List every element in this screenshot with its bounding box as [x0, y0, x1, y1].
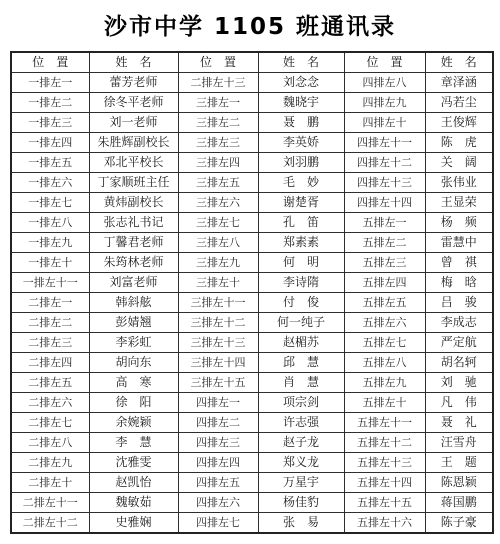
- position-cell: 一排左一: [11, 73, 89, 93]
- name-cell: 肖 慧: [258, 373, 344, 393]
- name-cell: 雷慧中: [425, 233, 493, 253]
- name-cell: 曾 祺: [425, 253, 493, 273]
- position-cell: 一排左四: [11, 133, 89, 153]
- position-cell: 五排左十: [344, 393, 425, 413]
- position-cell: 二排左八: [11, 433, 89, 453]
- position-cell: 四排左十一: [344, 133, 425, 153]
- name-cell: 郑素素: [258, 233, 344, 253]
- table-row: 二排左三李彩虹三排左十三赵楣苏五排左七严定航: [11, 333, 493, 353]
- name-cell: 吕 骏: [425, 293, 493, 313]
- position-cell: 二排左六: [11, 393, 89, 413]
- name-cell: 刘念念: [258, 73, 344, 93]
- table-row: 一排左九丁馨君老师三排左八郑素素五排左二雷慧中: [11, 233, 493, 253]
- position-cell: 三排左二: [178, 113, 258, 133]
- name-cell: 关 阔: [425, 153, 493, 173]
- name-cell: 杨佳豹: [258, 493, 344, 513]
- name-cell: 沈雅雯: [89, 453, 178, 473]
- position-cell: 五排左十六: [344, 513, 425, 534]
- name-cell: 许志强: [258, 413, 344, 433]
- position-cell: 五排左七: [344, 333, 425, 353]
- name-cell: 陈 虎: [425, 133, 493, 153]
- name-cell: 谢楚胥: [258, 193, 344, 213]
- position-cell: 三排左十二: [178, 313, 258, 333]
- table-row: 一排左七黄炜副校长三排左六谢楚胥四排左十四王显荣: [11, 193, 493, 213]
- position-cell: 五排左四: [344, 273, 425, 293]
- name-cell: 刘 驰: [425, 373, 493, 393]
- position-cell: 四排左十: [344, 113, 425, 133]
- position-cell: 三排左七: [178, 213, 258, 233]
- position-cell: 二排左十: [11, 473, 89, 493]
- name-cell: 汪雪舟: [425, 433, 493, 453]
- position-cell: 三排左六: [178, 193, 258, 213]
- name-cell: 聂 鹏: [258, 113, 344, 133]
- name-cell: 王显荣: [425, 193, 493, 213]
- name-cell: 凡 伟: [425, 393, 493, 413]
- position-cell: 四排左十四: [344, 193, 425, 213]
- contact-roster-table: 位 置姓 名位 置姓 名位 置姓 名 一排左一蕾芳老师二排左十三刘念念四排左八章…: [10, 51, 494, 534]
- name-cell: 余婉颖: [89, 413, 178, 433]
- position-cell: 三排左十四: [178, 353, 258, 373]
- position-cell: 二排左七: [11, 413, 89, 433]
- position-cell: 三排左五: [178, 173, 258, 193]
- position-cell: 五排左十五: [344, 493, 425, 513]
- name-cell: 韩斜舷: [89, 293, 178, 313]
- name-cell: 张伟业: [425, 173, 493, 193]
- position-cell: 四排左二: [178, 413, 258, 433]
- table-row: 二排左四胡向东三排左十四邱 慧五排左八胡名轲: [11, 353, 493, 373]
- position-cell: 二排左五: [11, 373, 89, 393]
- name-cell: 魏敏茹: [89, 493, 178, 513]
- position-cell: 四排左九: [344, 93, 425, 113]
- name-cell: 李彩虹: [89, 333, 178, 353]
- position-cell: 一排左七: [11, 193, 89, 213]
- position-cell: 五排左十三: [344, 453, 425, 473]
- table-row: 二排左一韩斜舷三排左十一付 俊五排左五吕 骏: [11, 293, 493, 313]
- table-row: 一排左五邓北平校长三排左四刘羽鹏四排左十二关 阔: [11, 153, 493, 173]
- position-cell: 一排左五: [11, 153, 89, 173]
- table-header-row: 位 置姓 名位 置姓 名位 置姓 名: [11, 52, 493, 73]
- name-cell: 李 慧: [89, 433, 178, 453]
- position-cell: 四排左五: [178, 473, 258, 493]
- position-cell: 一排左六: [11, 173, 89, 193]
- table-row: 二排左九沈雅雯四排左四郑义龙五排左十三王 题: [11, 453, 493, 473]
- name-cell: 李成志: [425, 313, 493, 333]
- position-column-header: 位 置: [178, 52, 258, 73]
- table-row: 二排左十赵凯怡四排左五万星宇五排左十四陈恩颖: [11, 473, 493, 493]
- name-cell: 项宗剑: [258, 393, 344, 413]
- name-cell: 何 明: [258, 253, 344, 273]
- table-row: 二排左八李 慧四排左三赵子龙五排左十二汪雪舟: [11, 433, 493, 453]
- name-cell: 朱胜辉副校长: [89, 133, 178, 153]
- name-column-header: 姓 名: [258, 52, 344, 73]
- name-cell: 蕾芳老师: [89, 73, 178, 93]
- position-cell: 三排左四: [178, 153, 258, 173]
- position-cell: 二排左十一: [11, 493, 89, 513]
- table-row: 二排左五高 寒三排左十五肖 慧五排左九刘 驰: [11, 373, 493, 393]
- position-cell: 一排左九: [11, 233, 89, 253]
- name-cell: 毛 妙: [258, 173, 344, 193]
- name-cell: 刘一老师: [89, 113, 178, 133]
- name-cell: 高 寒: [89, 373, 178, 393]
- table-row: 一排左四朱胜辉副校长三排左三李英娇四排左十一陈 虎: [11, 133, 493, 153]
- position-cell: 二排左四: [11, 353, 89, 373]
- position-cell: 四排左六: [178, 493, 258, 513]
- position-cell: 二排左十三: [178, 73, 258, 93]
- name-cell: 付 俊: [258, 293, 344, 313]
- name-cell: 邓北平校长: [89, 153, 178, 173]
- position-cell: 五排左九: [344, 373, 425, 393]
- name-cell: 严定航: [425, 333, 493, 353]
- position-cell: 二排左十二: [11, 513, 89, 534]
- table-row: 一排左八张志礼书记三排左七孔 笛五排左一杨 频: [11, 213, 493, 233]
- position-column-header: 位 置: [344, 52, 425, 73]
- position-cell: 一排左十: [11, 253, 89, 273]
- name-cell: 王俊辉: [425, 113, 493, 133]
- table-row: 二排左二彭婧翘三排左十二何一纯子五排左六李成志: [11, 313, 493, 333]
- position-cell: 四排左十三: [344, 173, 425, 193]
- position-cell: 三排左八: [178, 233, 258, 253]
- name-cell: 冯若尘: [425, 93, 493, 113]
- position-cell: 二排左二: [11, 313, 89, 333]
- position-cell: 五排左六: [344, 313, 425, 333]
- name-cell: 万星宇: [258, 473, 344, 493]
- name-cell: 陈子豪: [425, 513, 493, 534]
- table-row: 二排左十一魏敏茹四排左六杨佳豹五排左十五蒋国鹏: [11, 493, 493, 513]
- position-cell: 一排左十一: [11, 273, 89, 293]
- name-cell: 李诗隋: [258, 273, 344, 293]
- position-cell: 四排左三: [178, 433, 258, 453]
- table-row: 二排左六徐 阳四排左一项宗剑五排左十凡 伟: [11, 393, 493, 413]
- name-cell: 张 易: [258, 513, 344, 534]
- name-cell: 胡名轲: [425, 353, 493, 373]
- name-cell: 赵楣苏: [258, 333, 344, 353]
- name-cell: 聂 礼: [425, 413, 493, 433]
- name-cell: 梅 晗: [425, 273, 493, 293]
- name-cell: 郑义龙: [258, 453, 344, 473]
- position-cell: 五排左十二: [344, 433, 425, 453]
- name-cell: 蒋国鹏: [425, 493, 493, 513]
- name-cell: 黄炜副校长: [89, 193, 178, 213]
- position-column-header: 位 置: [11, 52, 89, 73]
- position-cell: 五排左十四: [344, 473, 425, 493]
- table-row: 一排左十朱筠林老师三排左九何 明五排左三曾 祺: [11, 253, 493, 273]
- table-row: 一排左二徐冬平老师三排左一魏晓宇四排左九冯若尘: [11, 93, 493, 113]
- position-cell: 五排左十一: [344, 413, 425, 433]
- name-column-header: 姓 名: [89, 52, 178, 73]
- table-row: 一排左十一刘富老师三排左十李诗隋五排左四梅 晗: [11, 273, 493, 293]
- name-cell: 章泽涵: [425, 73, 493, 93]
- page-title: 沙市中学 1105 班通讯录: [0, 8, 500, 41]
- table-row: 一排左三刘一老师三排左二聂 鹏四排左十王俊辉: [11, 113, 493, 133]
- position-cell: 三排左十一: [178, 293, 258, 313]
- table-row: 一排左六丁家顺班主任三排左五毛 妙四排左十三张伟业: [11, 173, 493, 193]
- name-cell: 刘羽鹏: [258, 153, 344, 173]
- position-cell: 五排左八: [344, 353, 425, 373]
- position-cell: 五排左一: [344, 213, 425, 233]
- position-cell: 三排左十: [178, 273, 258, 293]
- name-cell: 王 题: [425, 453, 493, 473]
- position-cell: 三排左三: [178, 133, 258, 153]
- name-cell: 李英娇: [258, 133, 344, 153]
- table-row: 二排左十二史雅娴四排左七张 易五排左十六陈子豪: [11, 513, 493, 534]
- position-cell: 二排左九: [11, 453, 89, 473]
- name-cell: 赵凯怡: [89, 473, 178, 493]
- name-cell: 孔 笛: [258, 213, 344, 233]
- name-cell: 彭婧翘: [89, 313, 178, 333]
- name-cell: 丁馨君老师: [89, 233, 178, 253]
- position-cell: 二排左三: [11, 333, 89, 353]
- position-cell: 一排左三: [11, 113, 89, 133]
- name-cell: 徐 阳: [89, 393, 178, 413]
- table-row: 二排左七余婉颖四排左二许志强五排左十一聂 礼: [11, 413, 493, 433]
- position-cell: 四排左八: [344, 73, 425, 93]
- position-cell: 四排左一: [178, 393, 258, 413]
- position-cell: 四排左十二: [344, 153, 425, 173]
- position-cell: 三排左九: [178, 253, 258, 273]
- position-cell: 四排左七: [178, 513, 258, 534]
- document-page: 沙市中学 1105 班通讯录 位 置姓 名位 置姓 名位 置姓 名 一排左一蕾芳…: [0, 0, 500, 544]
- position-cell: 三排左十五: [178, 373, 258, 393]
- name-column-header: 姓 名: [425, 52, 493, 73]
- name-cell: 史雅娴: [89, 513, 178, 534]
- name-cell: 邱 慧: [258, 353, 344, 373]
- name-cell: 魏晓宇: [258, 93, 344, 113]
- position-cell: 三排左十三: [178, 333, 258, 353]
- name-cell: 何一纯子: [258, 313, 344, 333]
- name-cell: 张志礼书记: [89, 213, 178, 233]
- position-cell: 五排左五: [344, 293, 425, 313]
- name-cell: 陈恩颖: [425, 473, 493, 493]
- name-cell: 徐冬平老师: [89, 93, 178, 113]
- position-cell: 一排左八: [11, 213, 89, 233]
- table-row: 一排左一蕾芳老师二排左十三刘念念四排左八章泽涵: [11, 73, 493, 93]
- name-cell: 赵子龙: [258, 433, 344, 453]
- position-cell: 一排左二: [11, 93, 89, 113]
- position-cell: 四排左四: [178, 453, 258, 473]
- name-cell: 刘富老师: [89, 273, 178, 293]
- position-cell: 五排左三: [344, 253, 425, 273]
- position-cell: 二排左一: [11, 293, 89, 313]
- name-cell: 朱筠林老师: [89, 253, 178, 273]
- roster-body: 位 置姓 名位 置姓 名位 置姓 名 一排左一蕾芳老师二排左十三刘念念四排左八章…: [11, 52, 493, 533]
- name-cell: 丁家顺班主任: [89, 173, 178, 193]
- name-cell: 杨 频: [425, 213, 493, 233]
- position-cell: 五排左二: [344, 233, 425, 253]
- name-cell: 胡向东: [89, 353, 178, 373]
- position-cell: 三排左一: [178, 93, 258, 113]
